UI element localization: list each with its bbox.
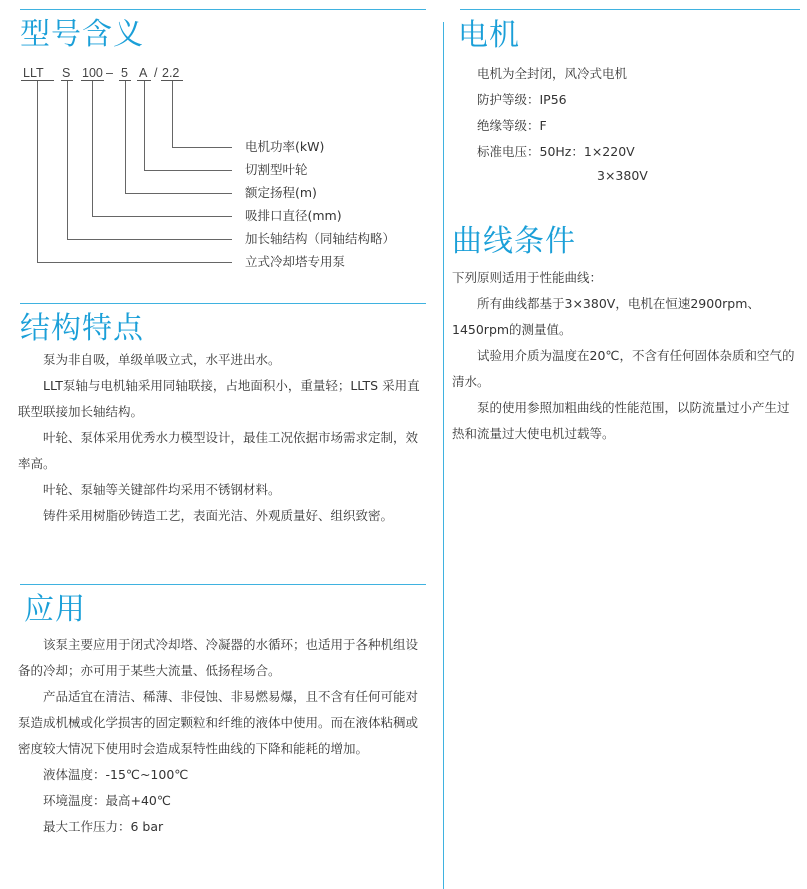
motor-protection-class: 防护等级：IP56 xyxy=(477,92,567,108)
leader-v-llt xyxy=(37,81,38,262)
model-meaning-title: 型号含义 xyxy=(20,17,144,53)
structure-paragraph: 叶轮、泵体采用优秀水力模型设计，最佳工况依据市场需求定制，效率高。 xyxy=(18,425,428,477)
structure-body: 泵为非自吸，单级单吸立式，水平进出水。 LLT泵轴与电机轴采用同轴联接，占地面积… xyxy=(18,347,428,529)
label-extended-shaft: 加长轴结构（同轴结构略） xyxy=(245,231,395,247)
motor-insulation-class: 绝缘等级：F xyxy=(477,118,547,134)
leader-h-impeller xyxy=(144,170,232,171)
label-cooling-tower-pump: 立式冷却塔专用泵 xyxy=(245,254,345,270)
structure-paragraph: 叶轮、泵轴等关键部件均采用不锈钢材料。 xyxy=(18,477,428,503)
curve-conditions-title: 曲线条件 xyxy=(452,224,576,260)
application-paragraph: 产品适宜在清洁、稀薄、非侵蚀、非易燃易爆，且不含有任何可能对泵造成机械或化学损害… xyxy=(18,684,430,762)
code-part-power: 2.2 xyxy=(162,66,179,80)
leader-v-impeller xyxy=(144,81,145,170)
application-spec: 最大工作压力：6 bar xyxy=(18,814,430,840)
curve-conditions-intro: 下列原则适用于性能曲线： xyxy=(452,265,800,291)
leader-h-llt xyxy=(37,262,232,263)
curve-conditions-paragraph: 试验用介质为温度在20℃，不含有任何固体杂质和空气的清水。 xyxy=(452,343,800,395)
application-spec: 环境温度：最高+40℃ xyxy=(18,788,430,814)
top-rule-right xyxy=(460,9,800,10)
application-title: 应用 xyxy=(24,592,86,628)
label-motor-power: 电机功率(kW) xyxy=(245,139,324,155)
motor-standard-voltage: 标准电压：50Hz：1×220V xyxy=(477,144,635,160)
label-rated-head: 额定扬程(m) xyxy=(245,185,317,201)
rule-application xyxy=(20,584,426,585)
code-part-slash: / xyxy=(154,66,157,80)
structure-paragraph: 泵为非自吸，单级单吸立式，水平进出水。 xyxy=(18,347,428,373)
leader-v-power xyxy=(172,81,173,147)
application-paragraph: 该泵主要应用于闭式冷却塔、冷凝器的水循环；也适用于各种机组设备的冷却；亦可用于某… xyxy=(18,632,430,684)
code-part-s: S xyxy=(62,66,70,80)
structure-paragraph: 铸件采用树脂砂铸造工艺，表面光洁、外观质量好、组织致密。 xyxy=(18,503,428,529)
motor-title: 电机 xyxy=(458,18,520,54)
leader-h-power xyxy=(172,147,232,148)
label-cutting-impeller: 切割型叶轮 xyxy=(245,162,308,178)
leader-v-diameter xyxy=(92,81,93,216)
leader-v-head xyxy=(125,81,126,193)
curve-conditions-paragraph: 所有曲线都基于3×380V，电机在恒速2900rpm、1450rpm的测量值。 xyxy=(452,291,800,343)
code-part-impeller: A xyxy=(139,66,147,80)
top-rule-left xyxy=(20,9,426,10)
code-part-llt: LLT xyxy=(23,66,44,80)
motor-description: 电机为全封闭，风冷式电机 xyxy=(477,66,627,82)
application-body: 该泵主要应用于闭式冷却塔、冷凝器的水循环；也适用于各种机组设备的冷却；亦可用于某… xyxy=(18,632,430,840)
structure-paragraph: LLT泵轴与电机轴采用同轴联接，占地面积小，重量轻；LLTS 采用直联型联接加长… xyxy=(18,373,428,425)
code-part-dash: – xyxy=(106,66,113,80)
leader-h-head xyxy=(125,193,232,194)
label-port-diameter: 吸排口直径(mm) xyxy=(245,208,342,224)
code-part-diameter: 100 xyxy=(82,66,103,80)
leader-h-s xyxy=(67,239,232,240)
column-divider xyxy=(443,22,444,889)
motor-standard-voltage-3phase: 3×380V xyxy=(597,168,648,184)
application-spec: 液体温度：-15℃~100℃ xyxy=(18,762,430,788)
rule-structure xyxy=(20,303,426,304)
code-part-head: 5 xyxy=(121,66,128,80)
leader-v-s xyxy=(67,81,68,239)
curve-conditions-paragraph: 泵的使用参照加粗曲线的性能范围，以防流量过小产生过热和流量过大使电机过载等。 xyxy=(452,395,800,447)
leader-h-diameter xyxy=(92,216,232,217)
curve-conditions-body: 下列原则适用于性能曲线： 所有曲线都基于3×380V，电机在恒速2900rpm、… xyxy=(452,265,800,447)
structure-title: 结构特点 xyxy=(20,311,144,347)
